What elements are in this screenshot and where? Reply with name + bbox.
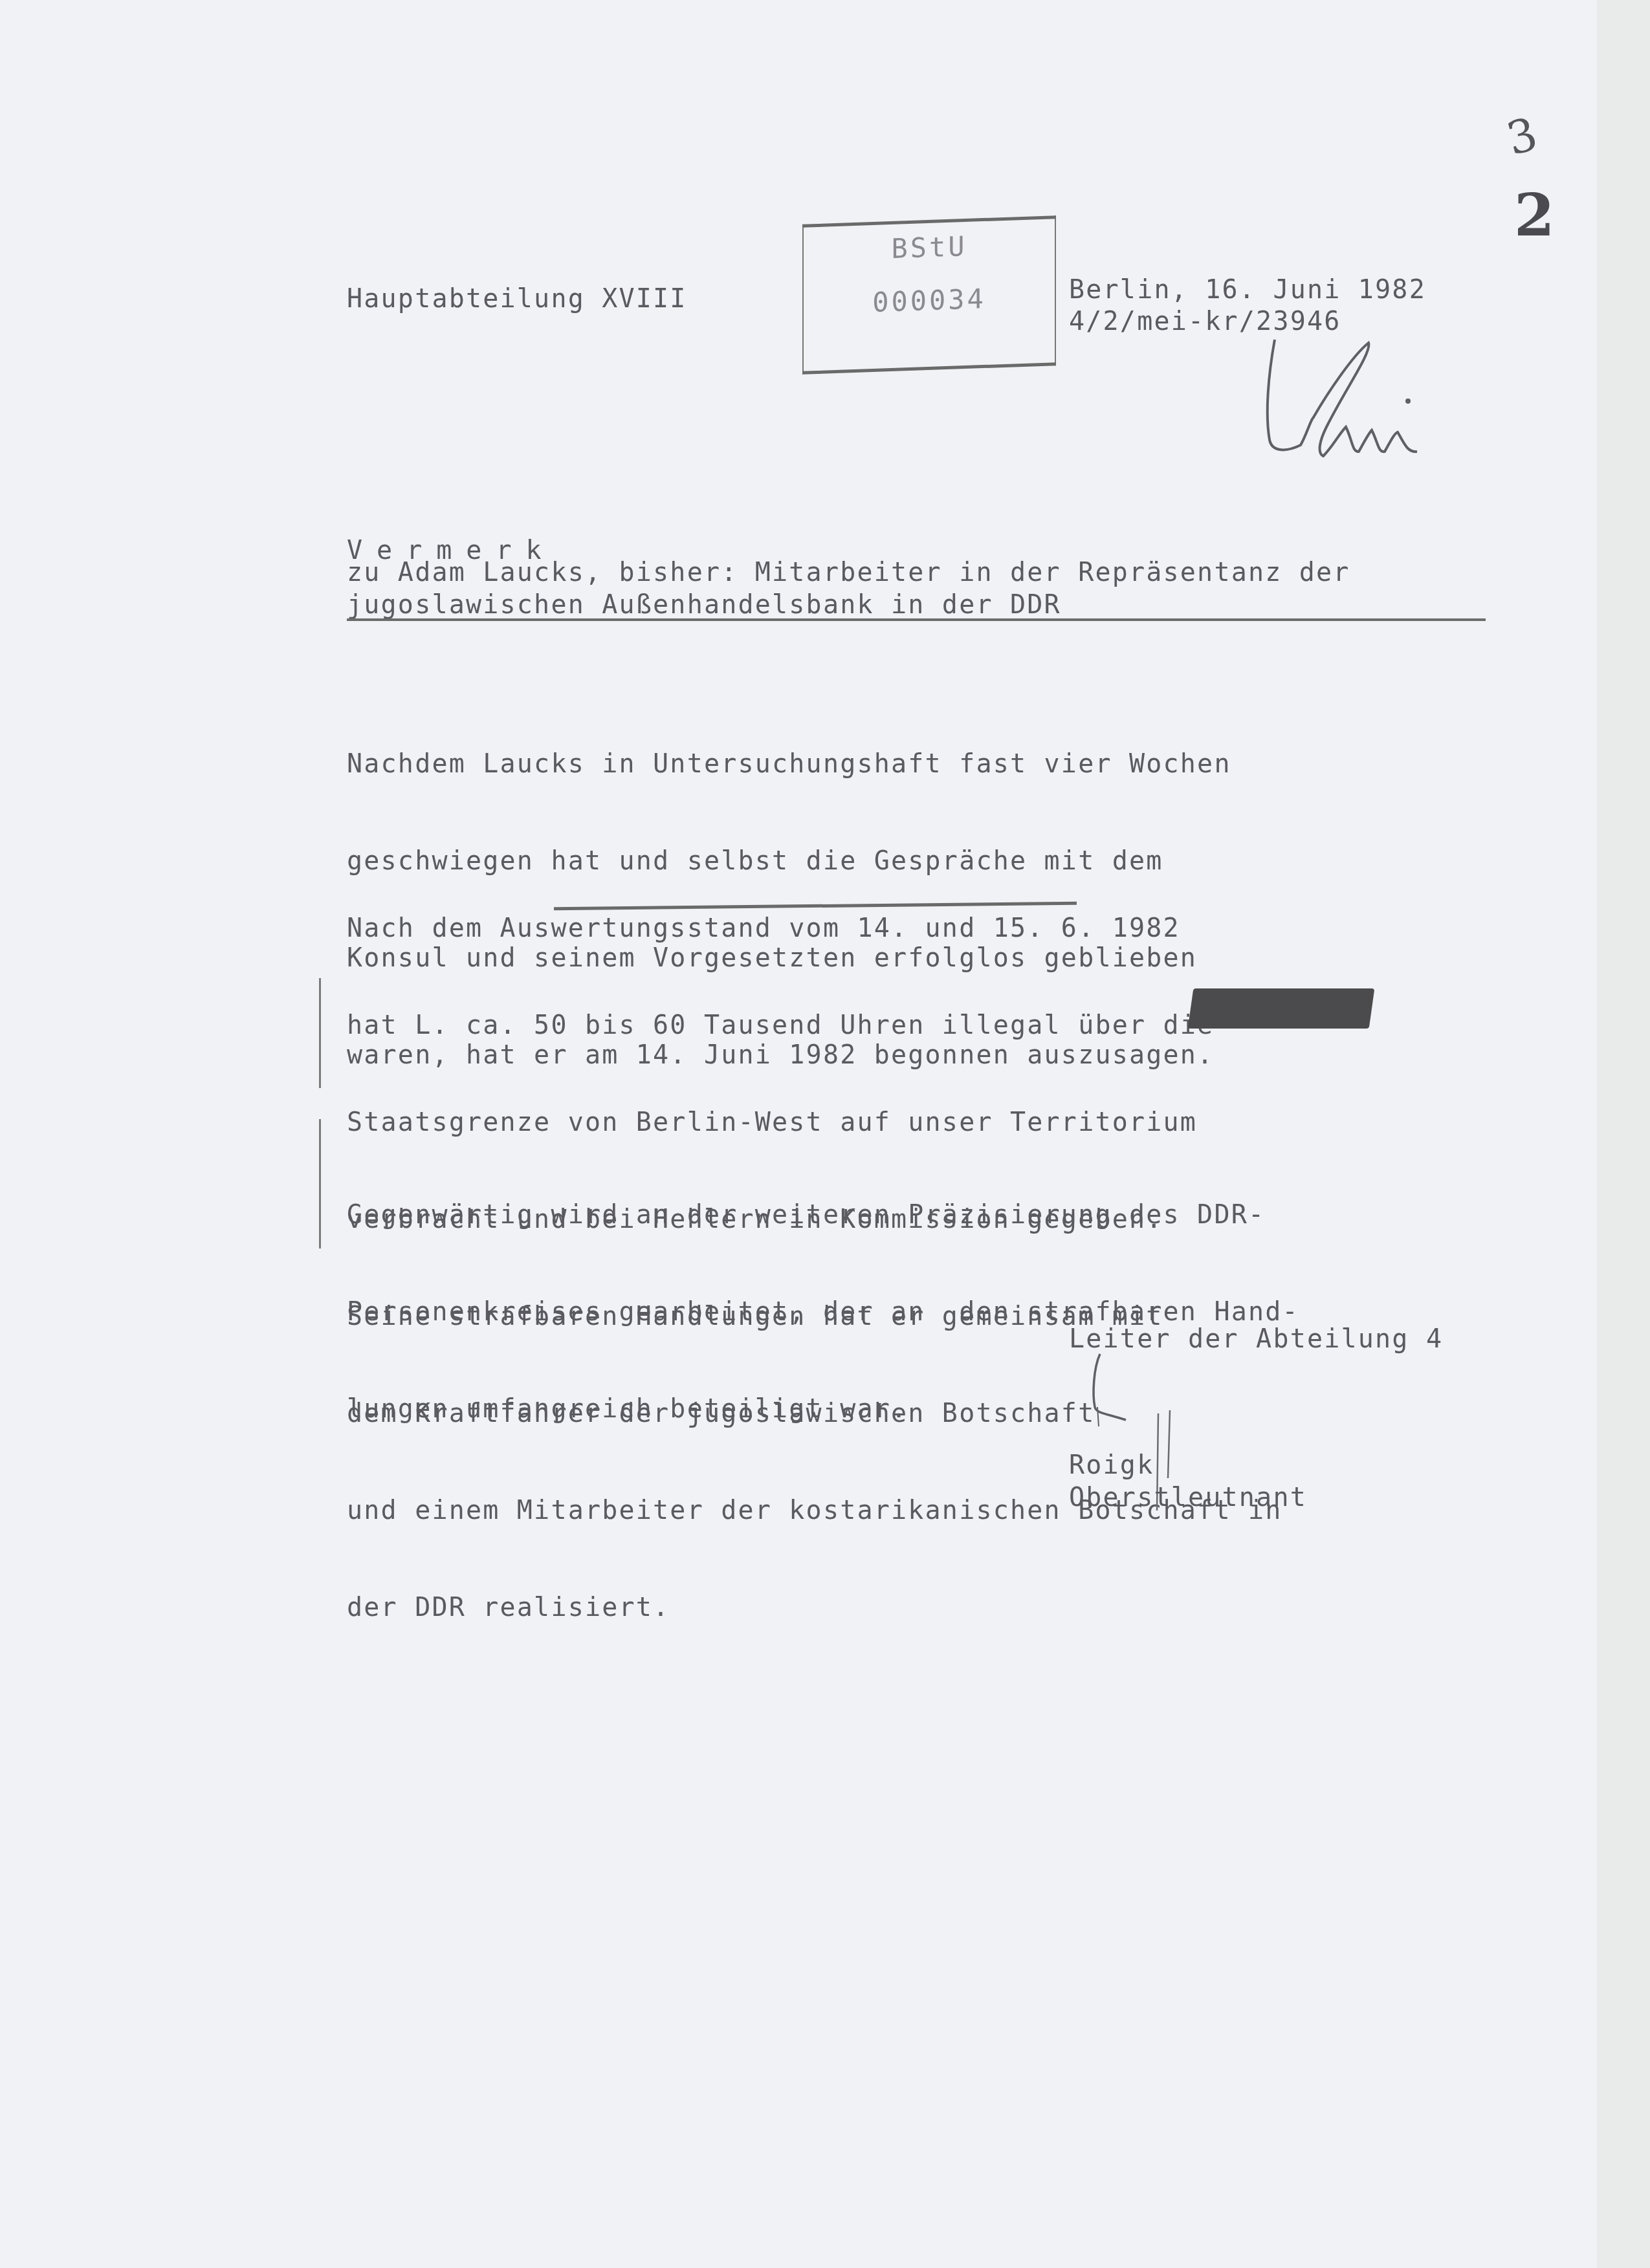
paragraph-line: Gegenwärtig wird an der weiteren Präzisi… bbox=[347, 1199, 1299, 1231]
department-label: Hauptabteilung XVIII bbox=[347, 283, 687, 315]
subject-underline bbox=[347, 618, 1486, 621]
place-date: Berlin, 16. Juni 1982 bbox=[1069, 274, 1426, 306]
paragraph-line: der DDR realisiert. bbox=[347, 1591, 1282, 1624]
stamp-number: 000034 bbox=[804, 280, 1055, 321]
margin-mark bbox=[319, 1119, 321, 1248]
subject-line-1: zu Adam Laucks, bisher: Mitarbeiter in d… bbox=[347, 556, 1350, 589]
subject-line-2: jugoslawischen Außenhandelsbank in der D… bbox=[347, 589, 1061, 621]
paragraph-line: Nach dem Auswertungsstand vom 14. und 15… bbox=[347, 912, 1282, 944]
archive-stamp: BStU 000034 bbox=[802, 215, 1056, 375]
reference-number: 4/2/mei-kr/23946 bbox=[1069, 305, 1341, 338]
initials-signature-icon bbox=[1255, 336, 1462, 472]
signatory-rank: Oberstleutnant bbox=[1069, 1481, 1307, 1514]
handwritten-page-mark-2: 2 bbox=[1514, 181, 1555, 250]
paragraph-line: hat L. ca. 50 bis 60 Tausend Uhren illeg… bbox=[347, 1009, 1282, 1041]
redaction-block bbox=[1188, 988, 1375, 1029]
stamp-agency: BStU bbox=[804, 227, 1055, 268]
paragraph-line: Nachdem Laucks in Untersuchungshaft fast… bbox=[347, 748, 1231, 780]
scan-edge bbox=[1597, 0, 1650, 2268]
signatory-name: Roigk bbox=[1069, 1449, 1154, 1481]
margin-mark bbox=[319, 978, 321, 1088]
